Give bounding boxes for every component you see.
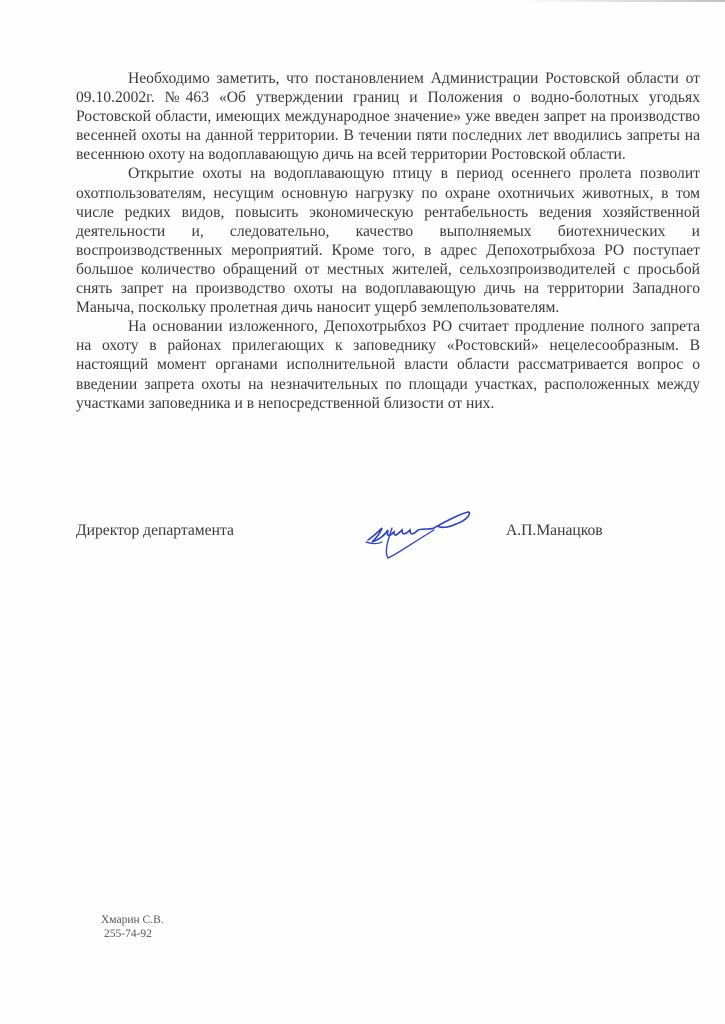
scan-edge-shadow — [520, 0, 725, 2]
contact-phone: 255-74-92 — [101, 927, 164, 941]
paragraph-1: Необходимо заметить, что постановлением … — [76, 69, 700, 164]
contact-info: Хмарин С.В. 255-74-92 — [101, 913, 164, 941]
document-page: Необходимо заметить, что постановлением … — [0, 0, 725, 1024]
paragraph-2: Открытие охоты на водоплавающую птицу в … — [76, 164, 700, 317]
handwritten-signature-icon — [364, 506, 474, 566]
paragraph-3: На основании изложенного, Депохотрыбхоз … — [76, 317, 700, 412]
signatory-name: А.П.Манацков — [506, 522, 603, 540]
letter-body: Необходимо заметить, что постановлением … — [76, 69, 700, 413]
signature-block: Директор департамента А.П.Манацков — [76, 512, 636, 572]
contact-person: Хмарин С.В. — [101, 913, 164, 927]
signatory-title: Директор департамента — [76, 522, 234, 540]
